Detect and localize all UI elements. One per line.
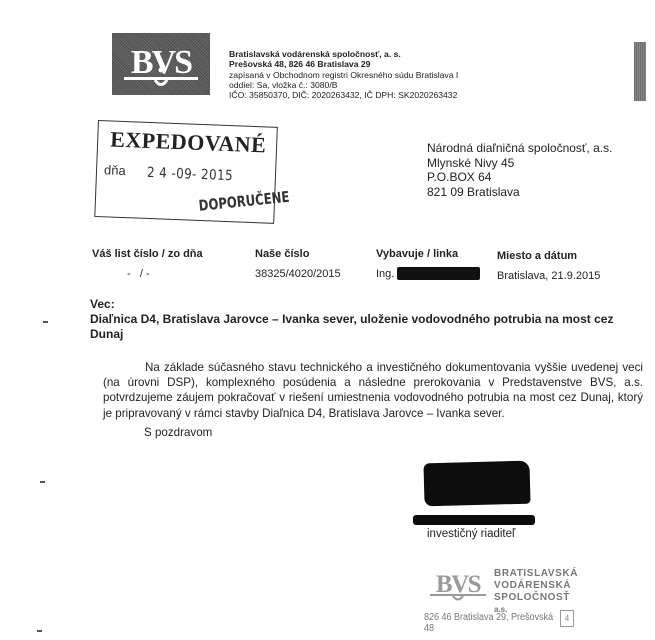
ref-handler: Ing. — [376, 268, 394, 280]
signer-title: investičný riaditeľ — [427, 528, 515, 540]
ref-header-our-number: Naše číslo — [255, 248, 309, 260]
stamp-name-line-2: VODÁRENSKÁ — [494, 580, 578, 592]
fold-mark — [37, 630, 42, 632]
stamp-bvs-logo: BVS — [426, 566, 490, 604]
redacted-signer-name — [413, 515, 535, 525]
svg-text:BVS: BVS — [436, 571, 481, 598]
svg-text:BVS: BVS — [131, 44, 192, 81]
recipient-city: 821 09 Bratislava — [427, 185, 612, 200]
stamp-note: DOPORUČENE — [198, 188, 290, 215]
stamp-name-line-1: BRATISLAVSKÁ — [494, 568, 578, 580]
ref-header-your-letter: Váš list číslo / zo dňa — [92, 248, 203, 260]
closing: S pozdravom — [144, 426, 212, 439]
ref-your-letter: - / - — [127, 268, 150, 280]
recipient-address: Národná diaľničná spoločnosť, a.s. Mlyns… — [427, 141, 612, 199]
stamp-date-label: dňa — [104, 162, 126, 178]
stamp-name-line-3-text: SPOLOČNOSŤ — [494, 592, 570, 603]
redacted-signature — [423, 461, 530, 507]
body-paragraph: Na základe súčasného stavu technického a… — [103, 360, 643, 421]
ref-header-handler: Vybavuje / linka — [376, 248, 458, 260]
stamp-box-number: 4 — [560, 610, 574, 627]
company-name: Bratislavská vodárenská spoločnosť, a. s… — [229, 49, 458, 59]
recipient-name: Národná diaľničná spoločnosť, a.s. — [427, 141, 612, 156]
body-paragraph-text: Na základe súčasného stavu technického a… — [103, 361, 643, 420]
ref-place-date: Bratislava, 21.9.2015 — [497, 270, 600, 282]
expedition-stamp: EXPEDOVANÉ dňa 2 4 -09- 2015 DOPORUČENE — [94, 120, 278, 224]
company-info: Bratislavská vodárenská spoločnosť, a. s… — [229, 49, 458, 100]
redacted-handler-name — [397, 267, 480, 280]
bvs-logo: BVS — [112, 33, 210, 95]
company-ids: IČO: 35850370, DIČ: 2020263432, IČ DPH: … — [229, 90, 458, 100]
company-stamp: BVS BRATISLAVSKÁ VODÁRENSKÁ SPOLOČNOSŤ a… — [422, 562, 572, 630]
company-registry: zapísaná v Obchodnom registri Okresného … — [229, 70, 458, 80]
fold-mark — [40, 481, 45, 483]
bvs-logo-icon: BVS — [426, 566, 490, 604]
bvs-logo-icon: BVS — [112, 33, 210, 95]
fold-mark — [43, 321, 48, 323]
stamp-date: 2 4 -09- 2015 — [147, 165, 234, 184]
ref-our-number: 38325/4020/2015 — [255, 268, 341, 280]
ref-header-place-date: Miesto a dátum — [497, 250, 577, 262]
recipient-street: Mlynské Nivy 45 — [427, 156, 612, 171]
scan-edge-mark — [634, 42, 646, 101]
company-address: Prešovská 48, 826 46 Bratislava 29 — [229, 59, 458, 69]
stamp-address: 826 46 Bratislava 29, Prešovská 48 — [424, 612, 557, 634]
stamp-company-name: BRATISLAVSKÁ VODÁRENSKÁ SPOLOČNOSŤ a.s. — [494, 568, 578, 616]
company-section: oddiel: Sa, vložka č.: 3080/B — [229, 80, 458, 90]
subject-label: Vec: — [90, 297, 115, 311]
recipient-pobox: P.O.BOX 64 — [427, 170, 612, 185]
subject-text: Diaľnica D4, Bratislava Jarovce – Ivanka… — [90, 312, 650, 341]
stamp-title: EXPEDOVANÉ — [110, 126, 267, 158]
